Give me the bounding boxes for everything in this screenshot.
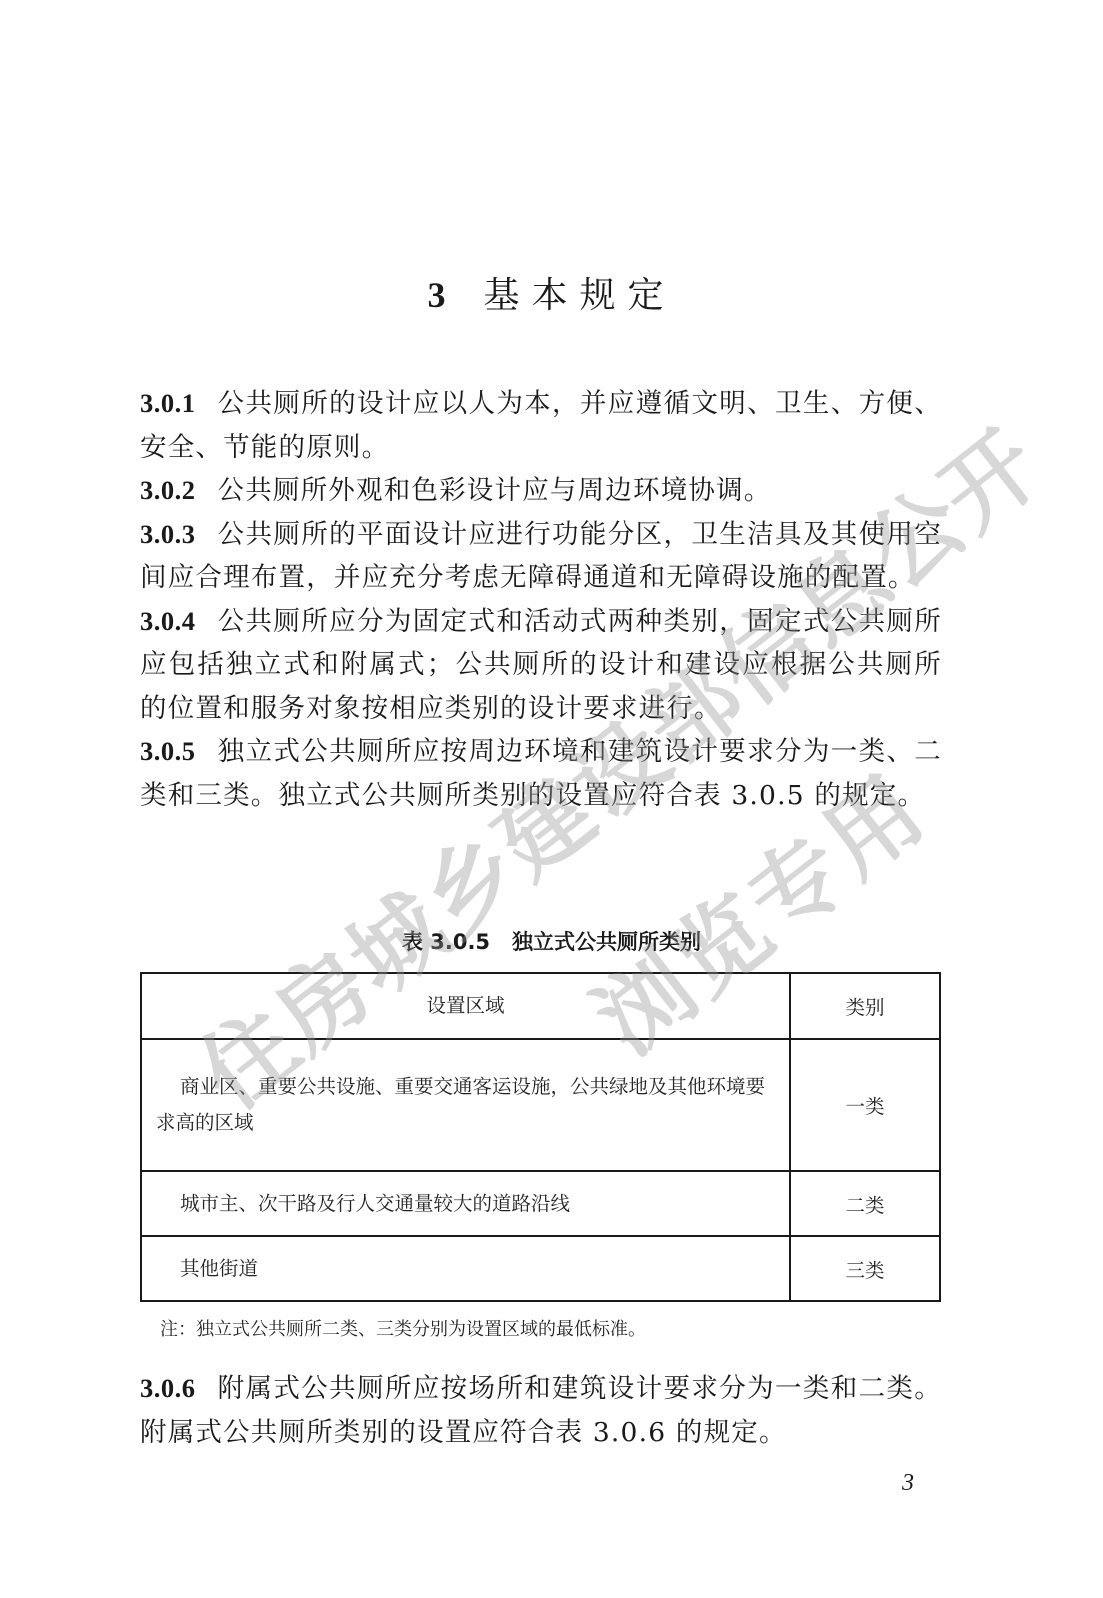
table-caption-number: 表 3.0.5 [402, 930, 490, 954]
clause-number: 3.0.6 [140, 1373, 196, 1403]
table-row: 城市主、次干路及行人交通量较大的道路沿线 二类 [141, 1171, 940, 1236]
cell-area: 其他街道 [141, 1236, 790, 1301]
cell-category: 三类 [790, 1236, 940, 1301]
document-page: 3基本规定 3.0.1公共厕所的设计应以人为本，并应遵循文明、卫生、方便、安全、… [0, 0, 1103, 1598]
table-caption-title: 独立式公共厕所类别 [512, 930, 701, 954]
clause-number: 3.0.1 [140, 388, 196, 418]
clause-number: 3.0.5 [140, 736, 196, 766]
clause-text: 公共厕所的平面设计应进行功能分区，卫生洁具及其使用空间应合理布置，并应充分考虑无… [140, 519, 942, 594]
clause-text: 附属式公共厕所应按场所和建筑设计要求分为一类和二类。附属式公共厕所类别的设置应符… [140, 1373, 942, 1448]
chapter-title: 3基本规定 [0, 270, 1103, 321]
header-area: 设置区域 [141, 973, 790, 1039]
page-number: 3 [902, 1470, 914, 1497]
table-note: 注：独立式公共厕所二类、三类分别为设置区域的最低标准。 [160, 1316, 646, 1344]
toilet-category-table: 设置区域 类别 商业区、重要公共设施、重要交通客运设施，公共绿地及其他环境要求高… [140, 972, 941, 1302]
clause-text: 公共厕所外观和色彩设计应与周边环境协调。 [218, 475, 772, 506]
clause-number: 3.0.3 [140, 519, 196, 549]
header-category: 类别 [790, 973, 940, 1039]
clause-3-0-4: 3.0.4公共厕所应分为固定式和活动式两种类别，固定式公共厕所应包括独立式和附属… [140, 600, 942, 731]
clause-3-0-1: 3.0.1公共厕所的设计应以人为本，并应遵循文明、卫生、方便、安全、节能的原则。 [140, 382, 942, 469]
cell-area: 商业区、重要公共设施、重要交通客运设施，公共绿地及其他环境要求高的区域 [141, 1039, 790, 1171]
clause-number: 3.0.2 [140, 475, 196, 505]
table-caption: 表 3.0.5独立式公共厕所类别 [0, 927, 1103, 957]
clause-3-0-6: 3.0.6附属式公共厕所应按场所和建筑设计要求分为一类和二类。附属式公共厕所类别… [140, 1367, 942, 1454]
clauses-section: 3.0.1公共厕所的设计应以人为本，并应遵循文明、卫生、方便、安全、节能的原则。… [140, 382, 942, 817]
cell-category: 二类 [790, 1171, 940, 1236]
clauses-section-2: 3.0.6附属式公共厕所应按场所和建筑设计要求分为一类和二类。附属式公共厕所类别… [140, 1367, 942, 1454]
table-row: 商业区、重要公共设施、重要交通客运设施，公共绿地及其他环境要求高的区域 一类 [141, 1039, 940, 1171]
clause-3-0-2: 3.0.2公共厕所外观和色彩设计应与周边环境协调。 [140, 469, 942, 513]
chapter-number: 3 [427, 275, 457, 315]
cell-category: 一类 [790, 1039, 940, 1171]
clause-3-0-5: 3.0.5独立式公共厕所应按周边环境和建筑设计要求分为一类、二类和三类。独立式公… [140, 730, 942, 817]
clause-3-0-3: 3.0.3公共厕所的平面设计应进行功能分区，卫生洁具及其使用空间应合理布置，并应… [140, 513, 942, 600]
chapter-title-text: 基本规定 [483, 275, 675, 316]
clause-text: 公共厕所应分为固定式和活动式两种类别，固定式公共厕所应包括独立式和附属式；公共厕… [140, 606, 942, 724]
table-row: 其他街道 三类 [141, 1236, 940, 1301]
table-header-row: 设置区域 类别 [141, 973, 940, 1039]
clause-text: 独立式公共厕所应按周边环境和建筑设计要求分为一类、二类和三类。独立式公共厕所类别… [140, 736, 942, 811]
clause-text: 公共厕所的设计应以人为本，并应遵循文明、卫生、方便、安全、节能的原则。 [140, 388, 942, 463]
clause-number: 3.0.4 [140, 606, 196, 636]
cell-area: 城市主、次干路及行人交通量较大的道路沿线 [141, 1171, 790, 1236]
